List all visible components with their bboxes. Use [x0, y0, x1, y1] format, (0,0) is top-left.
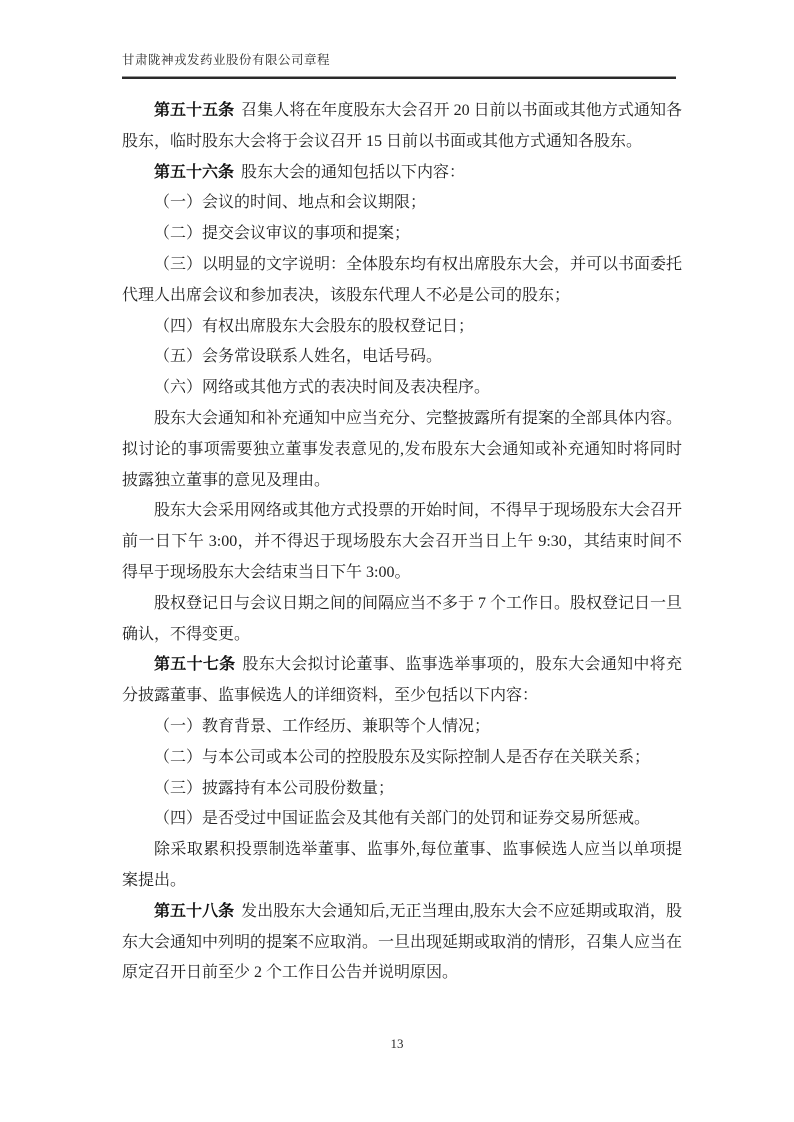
- paragraph: （四）有权出席股东大会股东的股权登记日；: [122, 312, 682, 343]
- article-paragraph: 第五十八条发出股东大会通知后,无正当理由,股东大会不应延期或取消，股东大会通知中…: [122, 897, 682, 989]
- article-number: 第五十六条: [154, 164, 234, 181]
- document-page: 甘肃陇神戎发药业股份有限公司章程 第五十五条召集人将在年度股东大会召开 20 日…: [0, 0, 794, 1122]
- paragraph: （三）以明显的文字说明：全体股东均有权出席股东大会，并可以书面委托代理人出席会议…: [122, 250, 682, 312]
- paragraph: 除采取累积投票制选举董事、监事外,每位董事、监事候选人应当以单项提案提出。: [122, 835, 682, 897]
- page-footer: 13: [0, 1036, 794, 1052]
- paragraph: （三）披露持有本公司股份数量；: [122, 774, 682, 805]
- paragraph: （一）教育背景、工作经历、兼职等个人情况；: [122, 712, 682, 743]
- paragraph: （五）会务常设联系人姓名，电话号码。: [122, 342, 682, 373]
- document-content: 第五十五条召集人将在年度股东大会召开 20 日前以书面或其他方式通知各股东，临时…: [122, 96, 682, 989]
- header-rule: [122, 76, 676, 79]
- paragraph: （一）会议的时间、地点和会议期限；: [122, 188, 682, 219]
- paragraph: 股东大会通知和补充通知中应当充分、完整披露所有提案的全部具体内容。拟讨论的事项需…: [122, 404, 682, 496]
- article-number: 第五十五条: [154, 102, 234, 119]
- paragraph: （四）是否受过中国证监会及其他有关部门的处罚和证券交易所惩戒。: [122, 804, 682, 835]
- article-paragraph: 第五十六条股东大会的通知包括以下内容：: [122, 158, 682, 189]
- article-paragraph: 第五十七条股东大会拟讨论董事、监事选举事项的，股东大会通知中将充分披露董事、监事…: [122, 650, 682, 712]
- paragraph: （二）提交会议审议的事项和提案；: [122, 219, 682, 250]
- page-number: 13: [391, 1036, 404, 1051]
- paragraph: 股权登记日与会议日期之间的间隔应当不多于 7 个工作日。股权登记日一旦确认，不得…: [122, 589, 682, 651]
- paragraph: （二）与本公司或本公司的控股股东及实际控制人是否存在关联关系；: [122, 743, 682, 774]
- header-title: 甘肃陇神戎发药业股份有限公司章程: [122, 50, 676, 68]
- article-number: 第五十七条: [154, 656, 235, 673]
- article-number: 第五十八条: [154, 903, 234, 920]
- paragraph: 股东大会采用网络或其他方式投票的开始时间，不得早于现场股东大会召开前一日下午 3…: [122, 496, 682, 588]
- article-paragraph: 第五十五条召集人将在年度股东大会召开 20 日前以书面或其他方式通知各股东，临时…: [122, 96, 682, 158]
- paragraph: （六）网络或其他方式的表决时间及表决程序。: [122, 373, 682, 404]
